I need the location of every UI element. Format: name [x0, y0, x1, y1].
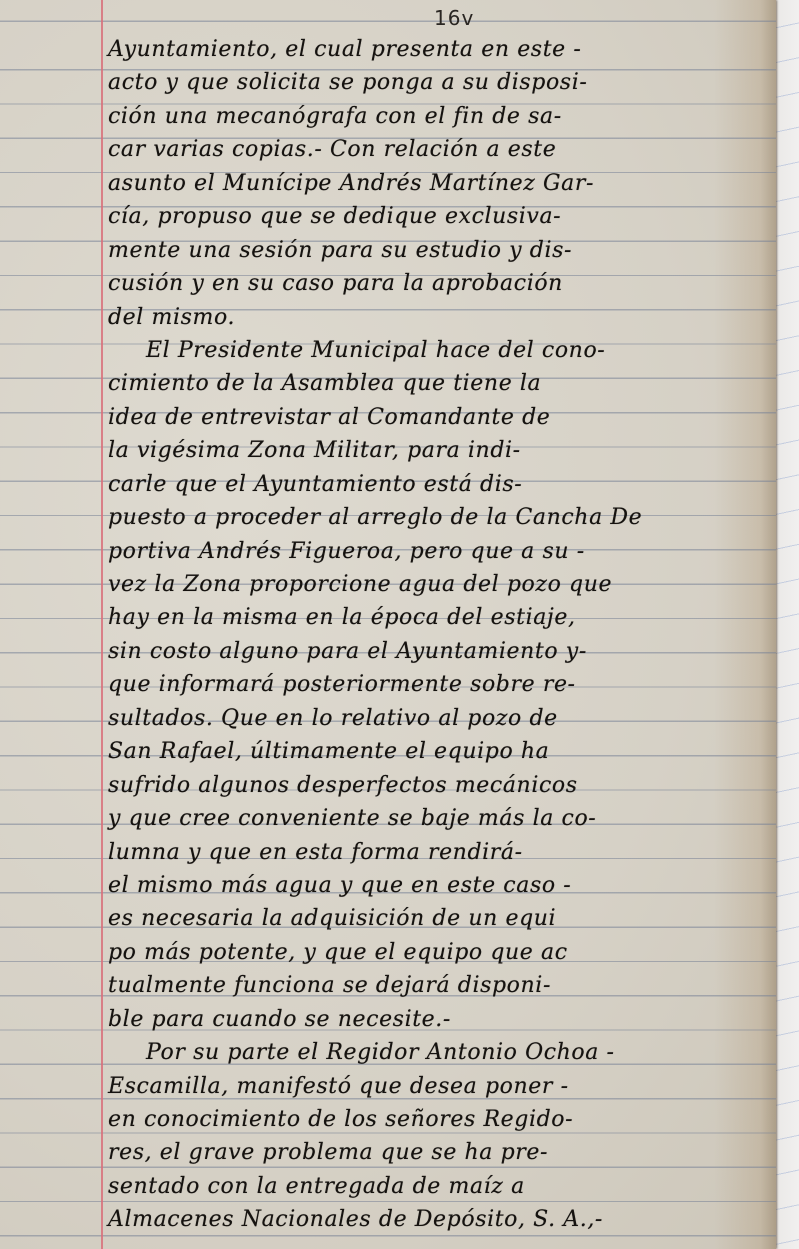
handwritten-line: ción una mecanógrafa con el fin de sa- — [108, 100, 768, 133]
handwritten-line: lumna y que en esta forma rendirá- — [108, 836, 768, 869]
handwritten-line: puesto a proceder al arreglo de la Canch… — [108, 501, 768, 534]
handwritten-line: res, el grave problema que se ha pre- — [108, 1136, 768, 1169]
handwritten-line: es necesaria la adquisición de un equi — [108, 902, 768, 935]
page-number: 16v — [434, 6, 474, 30]
handwritten-line: Almacenes Nacionales de Depósito, S. A.,… — [108, 1203, 768, 1236]
handwritten-line: car varias copias.- Con relación a este — [108, 133, 768, 166]
handwritten-line: carle que el Ayuntamiento está dis- — [108, 468, 768, 501]
handwritten-line: vez la Zona proporcione agua del pozo qu… — [108, 568, 768, 601]
handwritten-line: cía, propuso que se dedique exclusiva- — [108, 200, 768, 233]
handwritten-line: portiva Andrés Figueroa, pero que a su - — [108, 535, 768, 568]
handwritten-text-block: Ayuntamiento, el cual presenta en este -… — [108, 37, 768, 1241]
handwritten-line: tualmente funciona se dejará disponi- — [108, 969, 768, 1002]
handwritten-line: San Rafael, últimamente el equipo ha — [108, 735, 768, 768]
handwritten-line: El Presidente Municipal hace del cono- — [108, 334, 768, 367]
handwritten-line: sentado con la entregada de maíz a — [108, 1170, 768, 1203]
handwritten-line: sultados. Que en lo relativo al pozo de — [108, 702, 768, 735]
handwritten-line: po más potente, y que el equipo que ac — [108, 936, 768, 969]
handwritten-line: Escamilla, manifestó que desea poner - — [108, 1070, 768, 1103]
handwritten-line: sin costo alguno para el Ayuntamiento y- — [108, 635, 768, 668]
handwritten-line: mente una sesión para su estudio y dis- — [108, 234, 768, 267]
handwritten-line: cimiento de la Asamblea que tiene la — [108, 367, 768, 400]
handwritten-line: asunto el Munícipe Andrés Martínez Gar- — [108, 167, 768, 200]
handwritten-line: en conocimiento de los señores Regido- — [108, 1103, 768, 1136]
handwritten-line: Por su parte el Regidor Antonio Ochoa - — [108, 1036, 768, 1069]
handwritten-line: Ayuntamiento, el cual presenta en este - — [108, 33, 768, 66]
ledger-page: 16v Ayuntamiento, el cual presenta en es… — [0, 0, 776, 1249]
handwritten-line: sufrido algunos desperfectos mecánicos — [108, 769, 768, 802]
handwritten-line: hay en la misma en la época del estiaje, — [108, 601, 768, 634]
handwritten-line: idea de entrevistar al Comandante de — [108, 401, 768, 434]
handwritten-line: cusión y en su caso para la aprobación — [108, 267, 768, 300]
handwritten-line: ble para cuando se necesite.- — [108, 1003, 768, 1036]
red-margin-line — [101, 0, 103, 1249]
handwritten-line: acto y que solicita se ponga a su dispos… — [108, 66, 768, 99]
handwritten-line: la vigésima Zona Militar, para indi- — [108, 434, 768, 467]
handwritten-line: del mismo. — [108, 301, 768, 334]
handwritten-line: que informará posteriormente sobre re- — [108, 668, 768, 701]
handwritten-line: y que cree conveniente se baje más la co… — [108, 802, 768, 835]
handwritten-line: el mismo más agua y que en este caso - — [108, 869, 768, 902]
